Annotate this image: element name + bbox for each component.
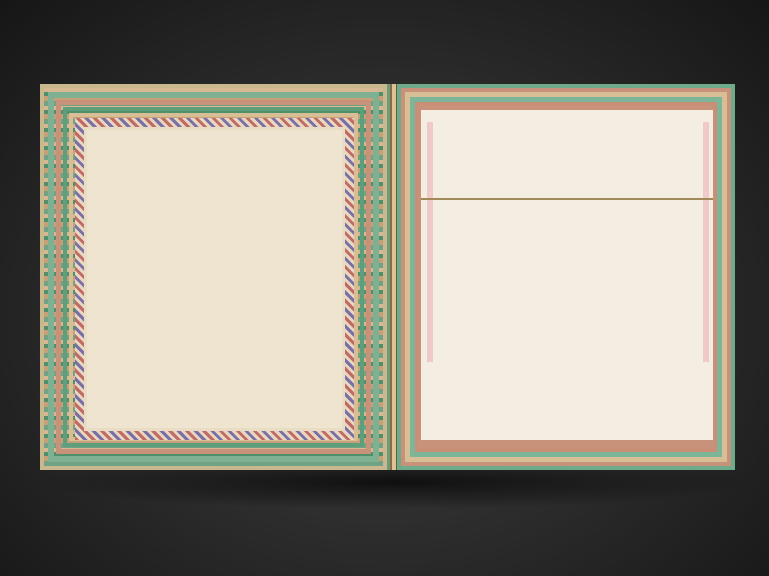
left-panel-frame (40, 84, 387, 470)
case-shadow (34, 470, 754, 510)
cipher-device (421, 110, 713, 440)
sliding-slats (439, 122, 699, 362)
crossing-cord (421, 198, 713, 200)
pink-side-strip-right (703, 122, 709, 362)
slat-bottom-keys (421, 362, 713, 440)
right-panel-frame (397, 84, 735, 470)
manuscript-text-area (87, 130, 342, 428)
slat-top-keys (421, 110, 713, 122)
manuscript-sheet (75, 118, 354, 440)
pink-side-strip-left (427, 122, 433, 362)
